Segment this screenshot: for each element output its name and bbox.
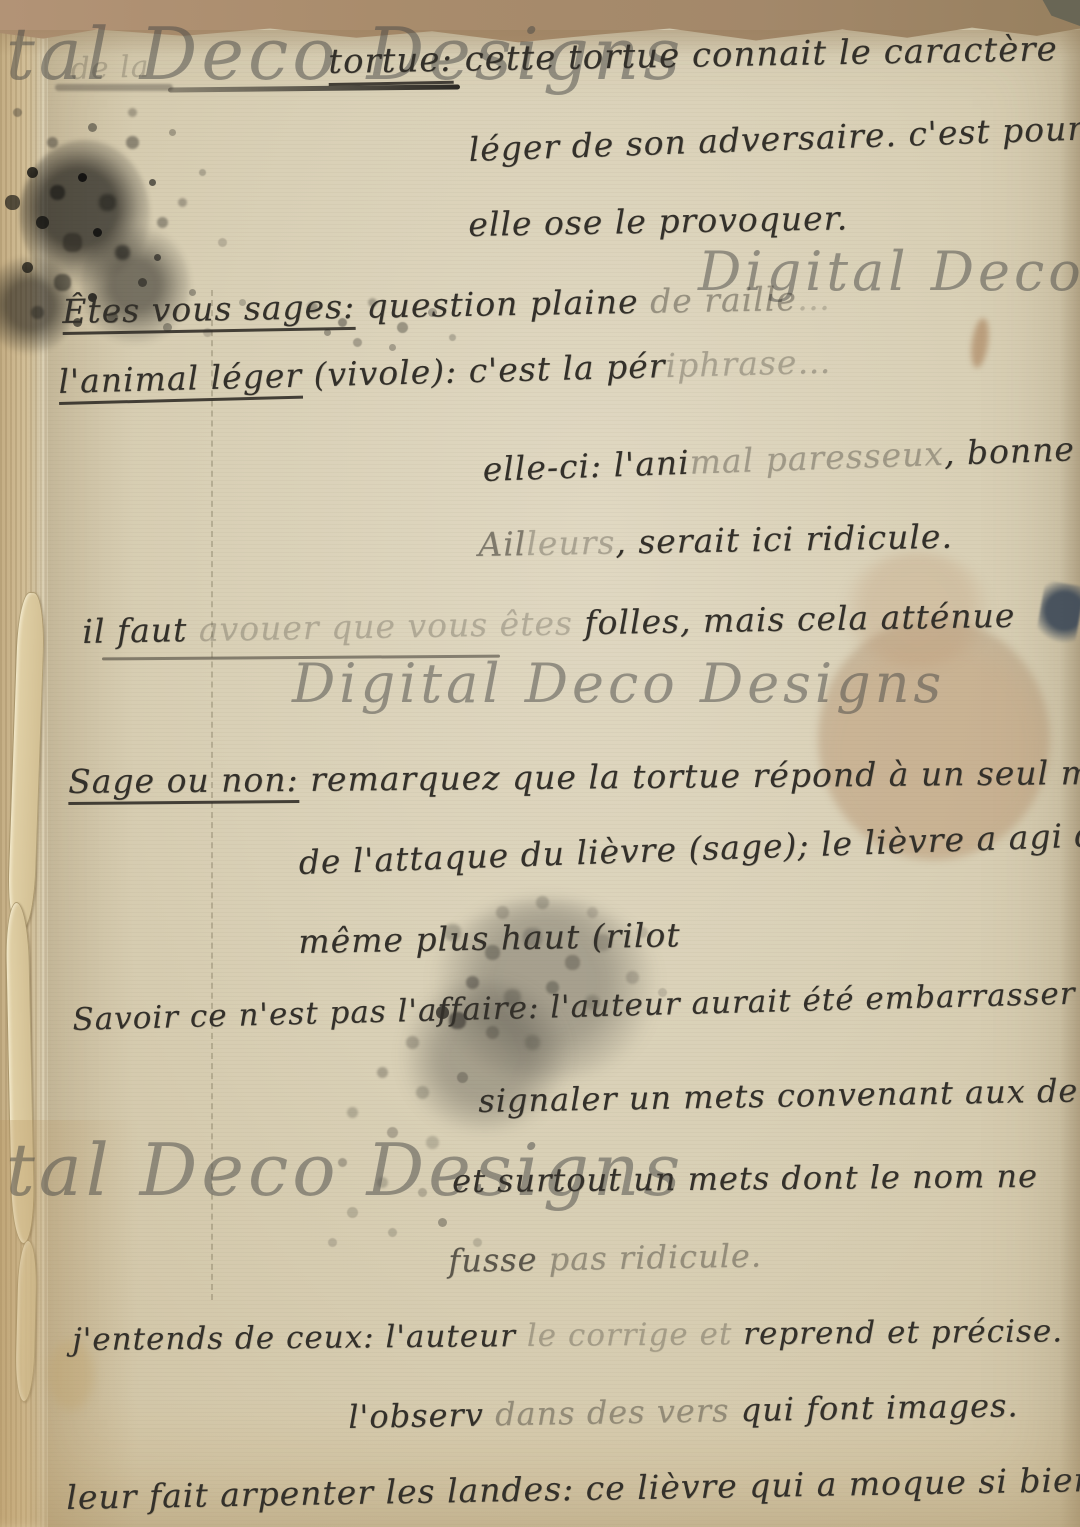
handwriting-segment: de la bbox=[70, 49, 150, 87]
handwriting-segment: leur fait arpenter les landes: ce lièvre… bbox=[66, 1459, 1080, 1517]
manuscript-page: Digital Deco Designs Digital Deco Digita… bbox=[0, 0, 1080, 1527]
handwriting-segment: … bbox=[796, 279, 831, 319]
handwriting-segment: elle-ci: l'ani bbox=[482, 443, 690, 489]
handwriting-segment: reprend et précise. bbox=[743, 1313, 1063, 1352]
handwriting-segment: , bonne bbox=[943, 429, 1075, 473]
handwriting-segment: question plaine bbox=[355, 282, 651, 326]
handwriting-segment: signaler un mets convenant aux deux bbox=[478, 1071, 1080, 1120]
handwritten-line: fusse pas ridicule. bbox=[448, 1237, 762, 1280]
handwriting-segment: et surtout un mets dont le nom ne bbox=[452, 1157, 1038, 1200]
handwriting-segment: de l'attaque du lièvre (sage); le lièvre… bbox=[298, 814, 1080, 882]
handwritten-line: Êtes vous sages: question plaine de rail… bbox=[62, 279, 831, 331]
handwriting-segment: fusse bbox=[448, 1240, 549, 1280]
handwritten-line: elle-ci: l'animal paresseux, bonne bbox=[482, 429, 1075, 489]
handwriting-segment: Savoir ce n'est pas l'affaire: l'auteur … bbox=[72, 974, 1080, 1038]
handwritten-line: de la bbox=[70, 49, 150, 87]
handwriting-segment: mal paresseux bbox=[689, 434, 945, 482]
handwritten-line: même plus haut (rilot bbox=[298, 915, 681, 961]
handwritten-line: léger de son adversaire. c'est pourquoi bbox=[468, 106, 1080, 169]
handwriting-segment: dans des vers bbox=[495, 1391, 741, 1433]
handwriting-segment: le corrige et bbox=[516, 1316, 744, 1354]
handwritten-line: Ailleurs, serait ici ridicule. bbox=[478, 517, 953, 564]
handwriting-segment: avouer que vous êtes bbox=[198, 603, 584, 649]
handwriting-segment: remarquez que la tortue répond à un seul… bbox=[299, 753, 1080, 799]
handwriting-segment: iphrase… bbox=[665, 342, 832, 385]
handwriting-segment: qui font images. bbox=[740, 1386, 1019, 1429]
handwriting-segment: leurs bbox=[526, 523, 616, 564]
handwriting-segment: elle ose le provoquer. bbox=[468, 198, 849, 244]
handwriting-layer: de latortue: cette tortue connait le car… bbox=[0, 0, 1080, 1527]
handwriting-segment: (vivole): c'est la pér bbox=[302, 346, 666, 395]
handwritten-line: elle ose le provoquer. bbox=[468, 198, 849, 244]
handwriting-segment: pas ridicule. bbox=[548, 1237, 762, 1279]
handwriting-segment: l'observ bbox=[348, 1395, 495, 1436]
handwriting-segment: j'entends de ceux: l'auteur bbox=[72, 1318, 516, 1358]
handwriting-segment: Êtes vous sages: bbox=[62, 287, 356, 335]
handwriting-segment: l'animal léger bbox=[58, 356, 303, 405]
handwritten-line: tortue: cette tortue connait le caractèr… bbox=[328, 29, 1058, 82]
handwriting-segment: Ail bbox=[478, 524, 527, 564]
handwritten-line: l'observ dans des vers qui font images. bbox=[348, 1386, 1019, 1436]
handwriting-segment: léger de son adversaire. c'est pourquoi bbox=[468, 106, 1080, 169]
handwritten-line: de l'attaque du lièvre (sage); le lièvre… bbox=[298, 814, 1080, 882]
handwriting-segment: tortue: bbox=[328, 40, 453, 86]
handwriting-segment: , serait ici ridicule. bbox=[615, 517, 953, 562]
handwriting-segment: même plus haut (rilot bbox=[298, 915, 681, 961]
handwritten-line: Sage ou non: remarquez que la tortue rép… bbox=[68, 753, 1080, 801]
handwriting-segment: Sage ou non: bbox=[68, 760, 299, 805]
handwriting-segment: cette tortue connait le caractère bbox=[453, 29, 1058, 80]
handwritten-line: et surtout un mets dont le nom ne bbox=[452, 1157, 1038, 1200]
handwritten-line: l'animal léger (vivole): c'est la périph… bbox=[58, 342, 832, 401]
handwritten-line: il faut avouer que vous êtes folles, mai… bbox=[82, 596, 1016, 651]
handwritten-line: Savoir ce n'est pas l'affaire: l'auteur … bbox=[72, 974, 1080, 1038]
handwritten-line: signaler un mets convenant aux deux bbox=[478, 1071, 1080, 1120]
handwriting-segment: de raille bbox=[650, 279, 797, 321]
handwriting-segment: il faut bbox=[82, 610, 199, 651]
handwriting-segment: folles, mais cela atténue bbox=[584, 596, 1016, 643]
handwritten-line: j'entends de ceux: l'auteur le corrige e… bbox=[72, 1313, 1063, 1358]
handwritten-line: leur fait arpenter les landes: ce lièvre… bbox=[66, 1459, 1080, 1517]
